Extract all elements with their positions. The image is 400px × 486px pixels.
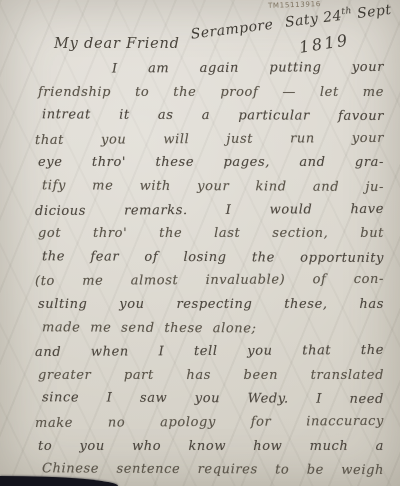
letter-line: since I saw you Wedy. I need [0,386,394,412]
letter-line: intreat it as a particular favour [0,103,394,129]
letter-line: that you will just run your [0,127,394,153]
letter-line: and when I tell you that the [0,339,394,365]
letter-line: (to me almost invaluable) of con- [0,268,394,294]
letter-line: friendship to the proof — let me [0,81,394,105]
dateline-day-suffix: th [341,6,353,17]
letter-photograph: TM15113916 Serampore Saty 24th Sept 1819… [0,0,400,486]
letter-line: I am again putting your [0,56,394,82]
letter-line: the fear of losing the opportunity [0,245,394,271]
letter-line: tify me with your kind and ju- [0,174,394,200]
letter-line: to you who know how much a [0,435,394,459]
letter-line: greater part has been translated [0,364,394,388]
letter-line: got thro' the last section, but [0,222,394,246]
salutation: My dear Friend [54,36,180,52]
letter-line: made me send these alone; [0,315,394,341]
letter-line: sulting you respecting these, has [0,293,394,317]
letter-line: make no apology for inaccuracy [0,410,394,436]
letter-body: I am again putting your friendship to th… [0,57,394,482]
letter-line: eye thro' these pages, and gra- [0,151,394,175]
letter-line: dicious remarks. I would have [0,197,394,223]
